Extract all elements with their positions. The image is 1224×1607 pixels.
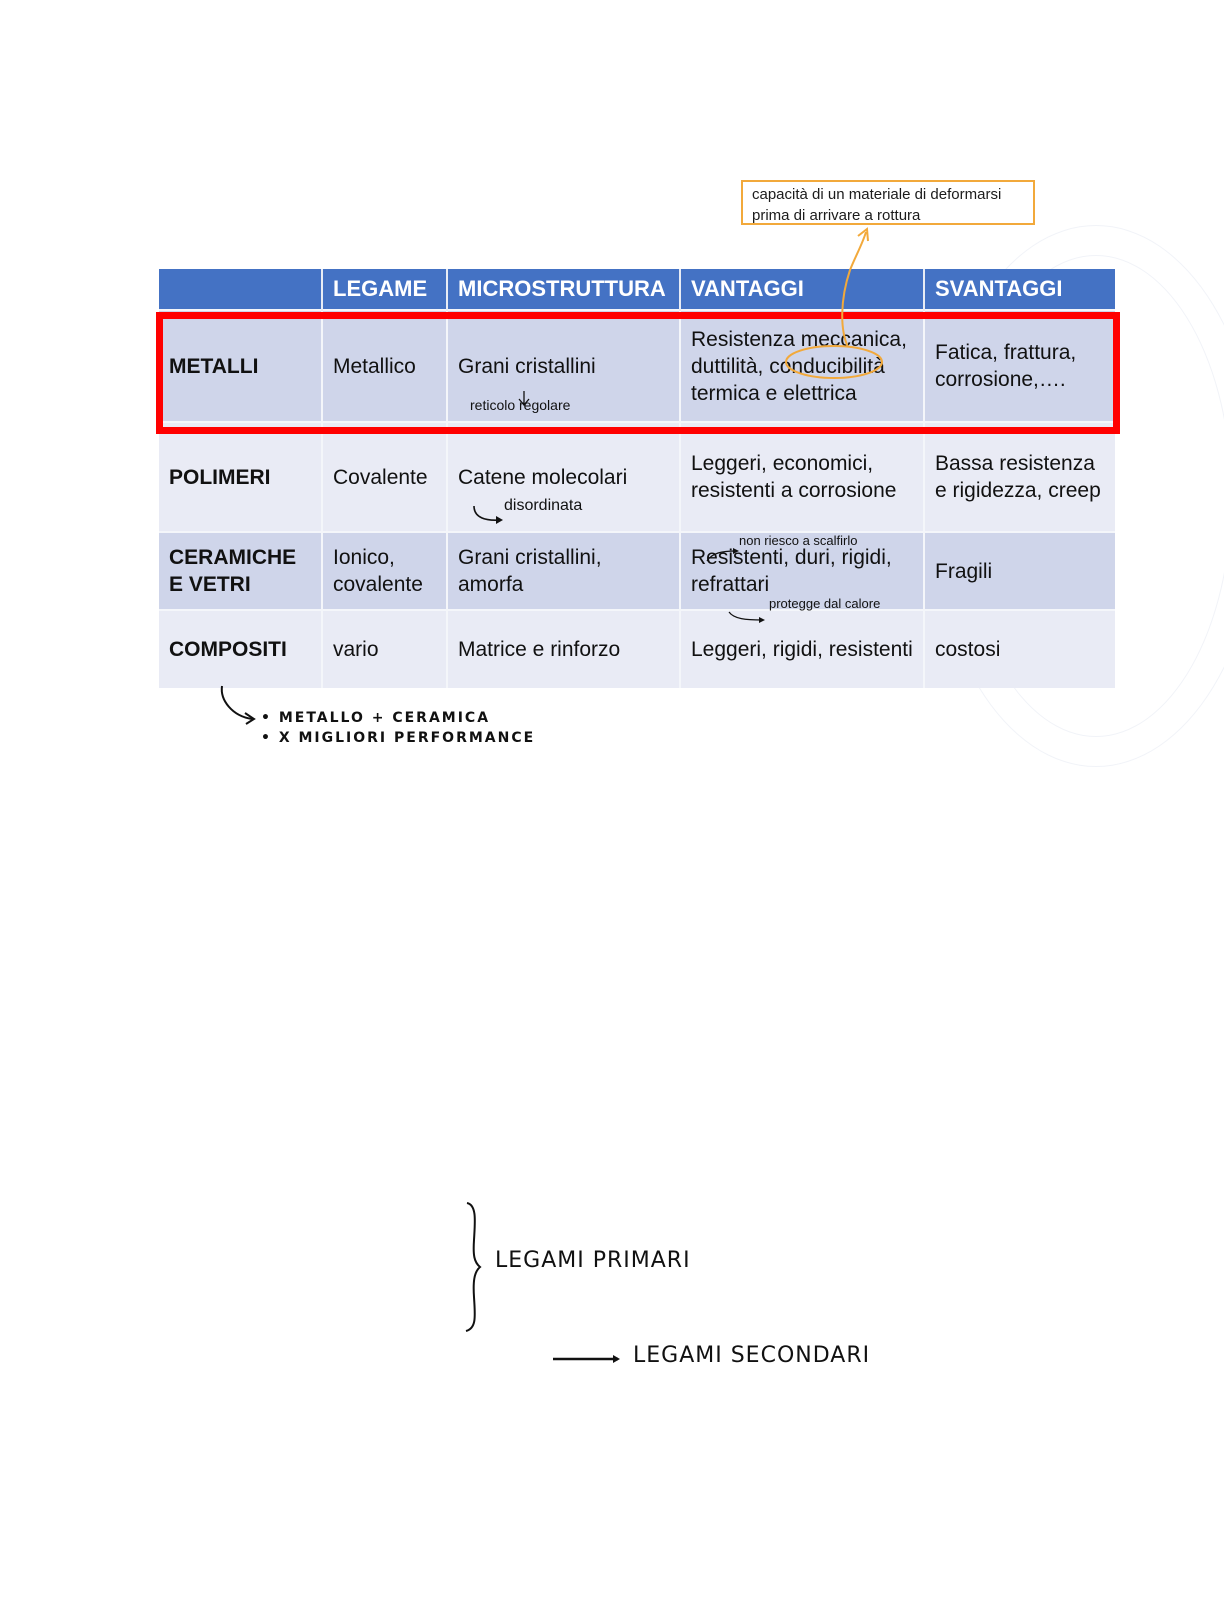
cell-legame: Covalente (322, 422, 447, 532)
table-header-row: LEGAME MICROSTRUTTURA VANTAGGI SVANTAGGI (159, 269, 1115, 310)
header-microstruttura: MICROSTRUTTURA (447, 269, 680, 310)
cell-vantaggi: Leggeri, economici, resistenti a corrosi… (680, 422, 924, 532)
cell-vantaggi: Leggeri, rigidi, resistenti (680, 610, 924, 688)
cell-microstruttura: Grani cristallini reticolo regolare (447, 310, 680, 422)
microstruttura-note: reticolo regolare (470, 397, 570, 413)
cell-material: METALLI (159, 310, 322, 422)
header-vantaggi: VANTAGGI (680, 269, 924, 310)
materials-table: LEGAME MICROSTRUTTURA VANTAGGI SVANTAGGI… (159, 269, 1115, 688)
legami-primari-label: LEGAMI PRIMARI (495, 1248, 691, 1273)
cell-material: CERAMICHE E VETRI (159, 532, 322, 610)
header-empty (159, 269, 322, 310)
cell-material: COMPOSITI (159, 610, 322, 688)
cell-svantaggi: Bassa resistenza e rigidezza, creep (924, 422, 1115, 532)
cell-legame: Ionico, covalente (322, 532, 447, 610)
cell-svantaggi: Fatica, frattura, corrosione,…. (924, 310, 1115, 422)
compositi-handnote-2: • X MIGLIORI PERFORMANCE (261, 730, 535, 746)
microstruttura-note: disordinata (504, 498, 582, 514)
microstruttura-text: Grani cristallini (458, 355, 596, 378)
cell-microstruttura: Matrice e rinforzo (447, 610, 680, 688)
cell-microstruttura: Catene molecolari disordinata (447, 422, 680, 532)
annotation-line-2: prima di arrivare a rottura (752, 205, 1033, 226)
cell-vantaggi: non riesco a scalfirlo Resistenti, duri,… (680, 532, 924, 610)
compositi-hand-arrow-icon (222, 686, 252, 719)
legami-secondari-label: LEGAMI SECONDARI (633, 1343, 870, 1368)
table-row-polimeri: POLIMERI Covalente Catene molecolari dis… (159, 422, 1115, 532)
vantaggi-text-pre: Resistenza meccanica, (691, 328, 907, 351)
header-svantaggi: SVANTAGGI (924, 269, 1115, 310)
annotation-box-duttilita: capacità di un materiale di deformarsi p… (741, 180, 1035, 225)
compositi-handnote-1: • METALLO + CERAMICA (261, 710, 490, 726)
vantaggi-note-top: non riesco a scalfirlo (739, 533, 858, 549)
cell-legame: vario (322, 610, 447, 688)
vantaggi-circled-word: duttilità, (691, 355, 763, 378)
cell-legame: Metallico (322, 310, 447, 422)
vantaggi-text: Resistenti, duri, rigidi, refrattari (691, 546, 892, 596)
table-row-metalli: METALLI Metallico Grani cristallini reti… (159, 310, 1115, 422)
cell-material: POLIMERI (159, 422, 322, 532)
table-row-compositi: COMPOSITI vario Matrice e rinforzo Legge… (159, 610, 1115, 688)
header-legame: LEGAME (322, 269, 447, 310)
curly-brace-icon (466, 1203, 480, 1331)
cell-svantaggi: costosi (924, 610, 1115, 688)
cell-microstruttura: Grani cristallini, amorfa (447, 532, 680, 610)
cell-svantaggi: Fragili (924, 532, 1115, 610)
table-row-ceramiche: CERAMICHE E VETRI Ionico, covalente Gran… (159, 532, 1115, 610)
cell-vantaggi: Resistenza meccanica, duttilità, conduci… (680, 310, 924, 422)
annotation-line-1: capacità di un materiale di deformarsi (752, 184, 1033, 205)
microstruttura-text: Catene molecolari (458, 466, 627, 489)
